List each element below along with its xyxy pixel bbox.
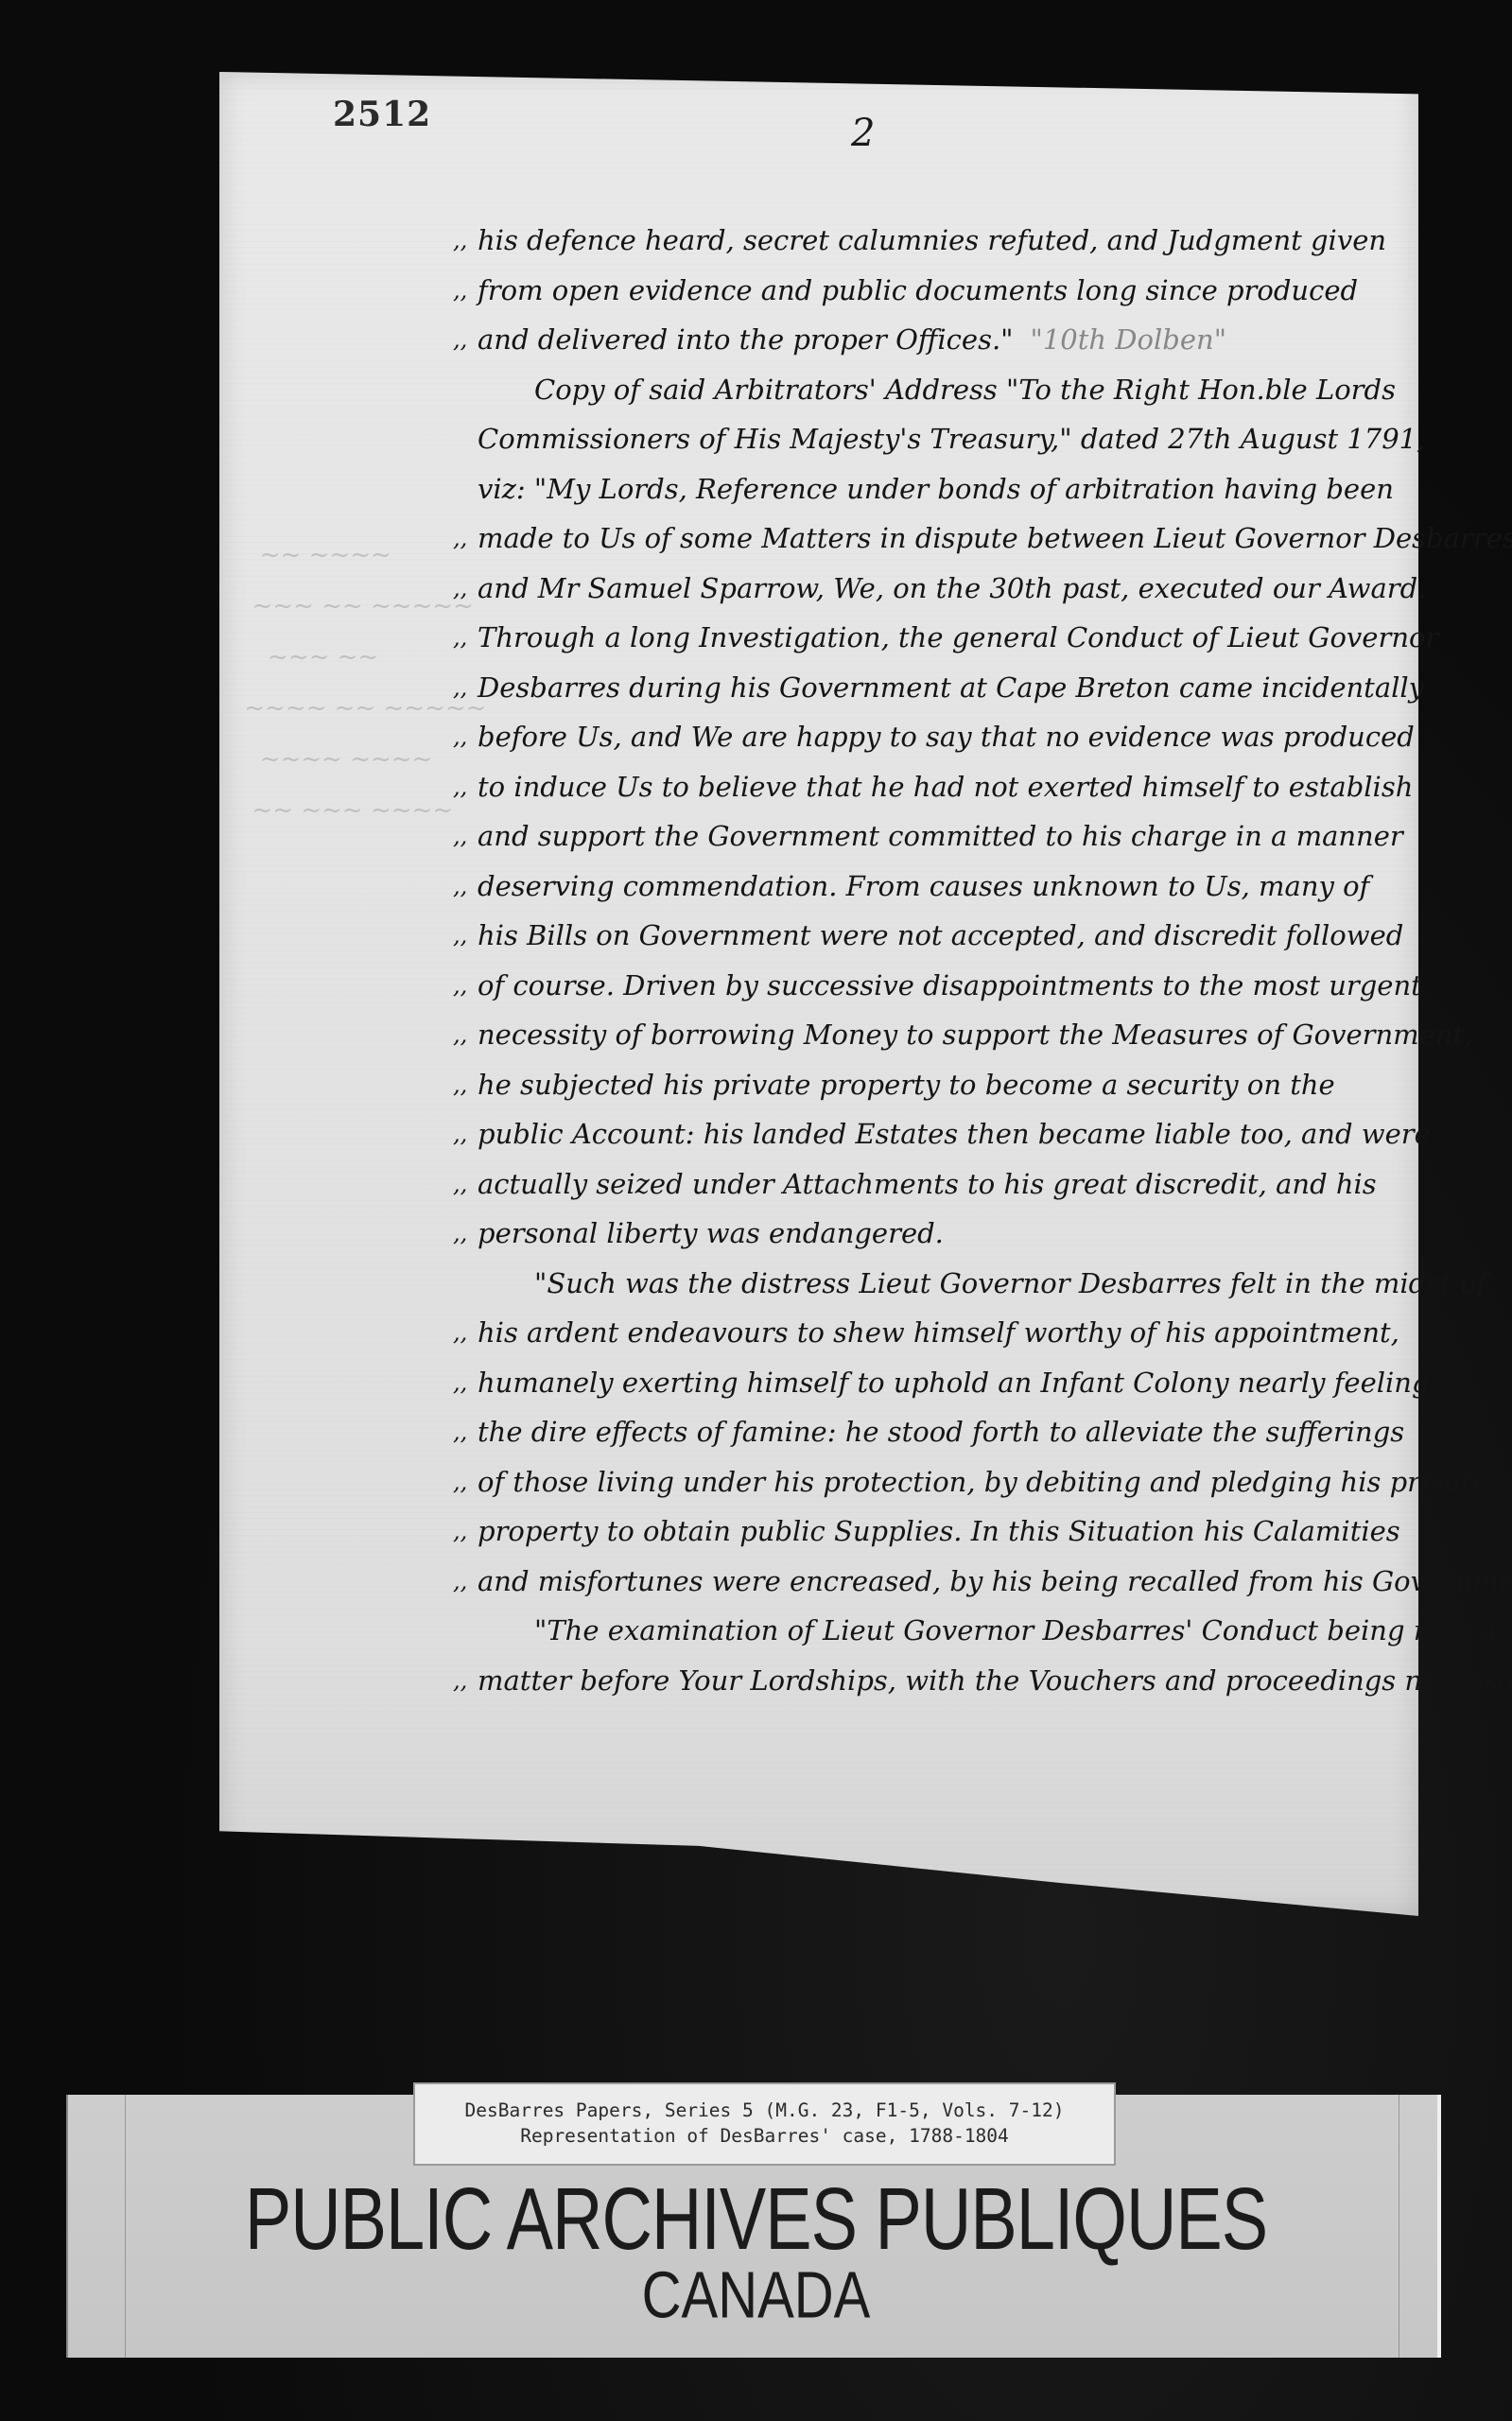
manuscript-line: ,,before Us, and We are happy to say tha… [478,712,1385,762]
reference-line-series: DesBarres Papers, Series 5 (M.G. 23, F1-… [415,2098,1114,2123]
archive-reference-label: DesBarres Papers, Series 5 (M.G. 23, F1-… [413,2082,1116,2166]
manuscript-line: ,,public Account: his landed Estates the… [478,1109,1385,1159]
manuscript-text: ,,his defence heard, secret calumnies re… [478,216,1385,1705]
manuscript-line: ,,of course. Driven by successive disapp… [478,961,1385,1011]
manuscript-line: ,,property to obtain public Supplies. In… [478,1507,1385,1557]
manuscript-line: "Such was the distress Lieut Governor De… [478,1259,1385,1309]
manuscript-line: ,,Through a long Investigation, the gene… [478,613,1385,663]
manuscript-line: ,,to induce Us to believe that he had no… [478,762,1385,812]
manuscript-line: ,,he subjected his private property to b… [478,1060,1385,1110]
manuscript-line: ,,humanely exerting himself to uphold an… [478,1358,1385,1408]
manuscript-line: ,,and support the Government committed t… [478,811,1385,862]
manuscript-line: ,,matter before Your Lordships, with the… [478,1656,1385,1706]
manuscript-line: ,,the dire effects of famine: he stood f… [478,1407,1385,1457]
manuscript-line: ,,his defence heard, secret calumnies re… [478,216,1385,266]
archive-country-name: CANADA [0,2257,1512,2333]
manuscript-line: viz: "My Lords, Reference under bonds of… [478,464,1385,514]
manuscript-line: ,,and Mr Samuel Sparrow, We, on the 30th… [478,564,1385,614]
manuscript-line: ,,necessity of borrowing Money to suppor… [478,1010,1385,1060]
reference-line-title: Representation of DesBarres' case, 1788-… [415,2123,1114,2149]
margin-annotation: "10th Dolben" [1031,323,1227,356]
manuscript-line: ,,from open evidence and public document… [478,266,1385,316]
manuscript-line: ,,personal liberty was endangered. [478,1209,1385,1259]
bleed-through-text: ~~ ~~~~ ~~~ ~~ ~~~~~ ~~~ ~~ ~~~~ ~~ ~~~~… [236,530,486,836]
manuscript-line: ,,and misfortunes were encreased, by his… [478,1557,1385,1607]
manuscript-line: "The examination of Lieut Governor Desba… [478,1606,1385,1656]
manuscript-line: ,,made to Us of some Matters in dispute … [478,514,1385,564]
manuscript-line: ,,Desbarres during his Government at Cap… [478,663,1385,713]
manuscript-line: ,,deserving commendation. From causes un… [478,862,1385,912]
page-number: 2 [851,112,875,155]
manuscript-line: ,,and delivered into the proper Offices.… [478,315,1385,365]
manuscript-line: Commissioners of His Majesty's Treasury,… [478,414,1385,464]
manuscript-line: Copy of said Arbitrators' Address "To th… [478,365,1385,415]
folio-stamp-number: 2512 [333,95,431,134]
manuscript-line: ,,his Bills on Government were not accep… [478,911,1385,961]
archive-institution-name: PUBLIC ARCHIVES PUBLIQUES [0,2168,1512,2269]
manuscript-line: ,,of those living under his protection, … [478,1457,1385,1507]
manuscript-line: ,,his ardent endeavours to shew himself … [478,1308,1385,1358]
manuscript-line: ,,actually seized under Attachments to h… [478,1159,1385,1210]
